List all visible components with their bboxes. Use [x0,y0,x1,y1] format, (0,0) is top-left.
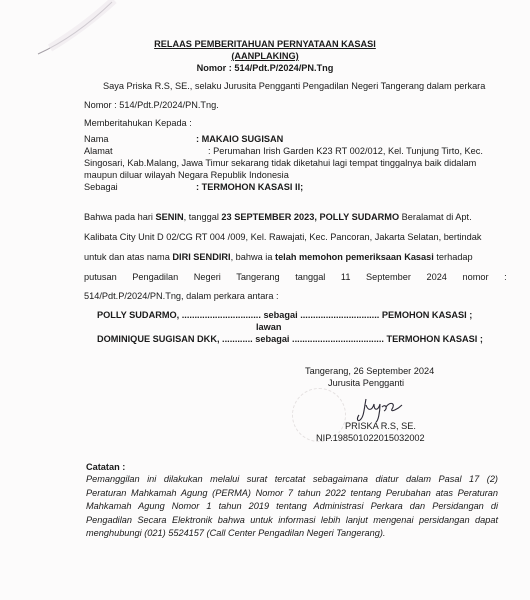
body-text: Bahwa pada hari [84,212,156,222]
notes-line: Pemanggilan ini dilakukan melalui surat … [86,474,498,488]
handwritten-signature-icon [356,395,416,423]
date-applicant-text: 23 SEPTEMBER 2023, POLLY SUDARMO [221,212,399,222]
document-subtitle: (AANPLAKING) [0,50,530,62]
signer-position: Jurusita Pengganti [328,378,404,390]
intro-statement: Saya Priska R.S, SE., selaku Jurusita Pe… [103,81,485,93]
notes-line: Pengadilan Secara Elektronik bahwa untuk… [86,515,498,529]
address-label: Alamat [84,146,208,158]
signer-name: PRISKA R.S, SE. [345,421,416,433]
name-value: : MAKAIO SUGISAN [196,134,283,144]
notes-line: Mahkamah Agung Nomor 1 tahun 2019 tentan… [86,501,498,515]
request-text: telah memohon pemeriksaan Kasasi [275,252,434,262]
capacity-text: DIRI SENDIRI [172,252,230,262]
recipient-heading: Memberitahukan Kepada : [84,118,192,130]
address-line-1: : Perumahan Irish Garden K23 RT 002/012,… [208,146,483,156]
scanned-document-page: RELAAS PEMBERITAHUAN PERNYATAAN KASASI (… [0,0,530,600]
party-2-name: DOMINIQUE SUGISAN DKK, ............ [97,334,253,344]
role-label: Sebagai [84,182,196,194]
body-line-2: Kalibata City Unit D 02/CG RT 004 /009, … [84,232,482,244]
notes-section: Catatan : Pemanggilan ini dilakukan mela… [86,462,498,542]
party-2-row: DOMINIQUE SUGISAN DKK, ............ seba… [97,334,483,346]
body-line-3: untuk dan atas nama DIRI SENDIRI, bahwa … [84,252,473,264]
body-line-1: Bahwa pada hari SENIN, tanggal 23 SEPTEM… [84,212,472,224]
address-line-3: maupun diluar wilayah Negara Republik In… [84,170,289,182]
party-1-name: POLLY SUDARMO, .........................… [97,310,261,320]
place-date: Tangerang, 26 September 2024 [305,366,434,378]
body-line-5: 514/Pdt.P/2024/PN.Tng, dalam perkara ant… [84,291,279,303]
recipient-name-row: Nama: MAKAIO SUGISAN [84,134,283,146]
body-text: Beralamat di Apt. [399,212,472,222]
party-1-role: PEMOHON KASASI ; [382,310,472,320]
versus-label: lawan [256,322,282,334]
body-text: terhadap [434,252,473,262]
party-1-row: POLLY SUDARMO, .........................… [97,310,472,322]
body-text: untuk dan atas nama [84,252,172,262]
document-title: RELAAS PEMBERITAHUAN PERNYATAAN KASASI [0,38,530,50]
day-text: SENIN [156,212,184,222]
role-value: : TERMOHON KASASI II; [196,182,303,192]
document-title-block: RELAAS PEMBERITAHUAN PERNYATAAN KASASI (… [0,38,530,74]
notes-heading: Catatan : [86,462,498,474]
name-label: Nama [84,134,196,146]
party-2-role: TERMOHON KASASI ; [387,334,483,344]
recipient-role-row: Sebagai: TERMOHON KASASI II; [84,182,303,194]
address-line-2: Singosari, Kab.Malang, Jawa Timur sekara… [84,158,476,170]
party-1-separator: sebagai ............................... [263,310,379,320]
body-text: , tanggal [184,212,222,222]
recipient-address-row: Alamat: Perumahan Irish Garden K23 RT 00… [84,146,497,158]
party-2-separator: sebagai ................................… [255,334,384,344]
notes-line: menghubungi (021) 5524157 (Call Center P… [86,528,498,542]
body-line-4: putusan Pengadilan Negeri Tangerang tang… [84,272,488,284]
notes-line: Peraturan Mahkamah Agung (PERMA) Nomor 7… [86,488,498,502]
body-text: , bahwa ia [231,252,275,262]
document-number: Nomor : 514/Pdt.P/2024/PN.Tng [0,62,530,74]
case-number: Nomor : 514/Pdt.P/2024/PN.Tng. [84,100,219,112]
signer-nip: NIP.198501022015032002 [316,433,425,445]
